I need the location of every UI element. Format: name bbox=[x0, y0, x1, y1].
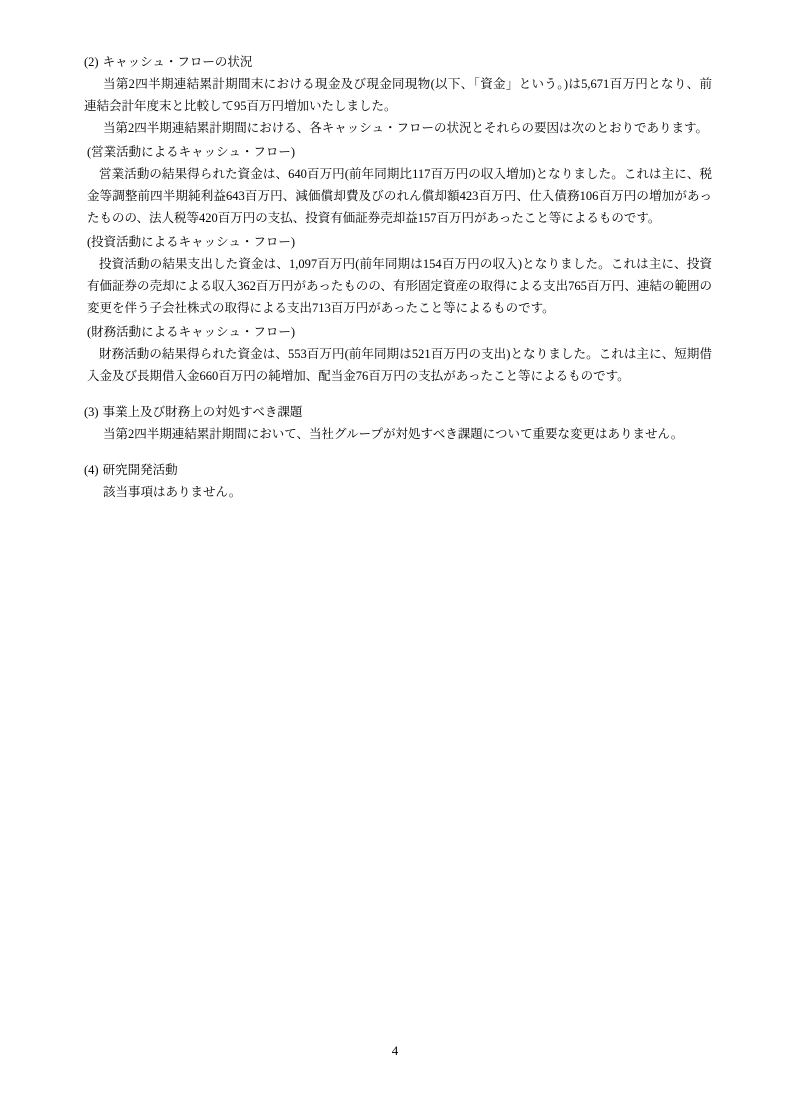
text-line: 連結会計年度末と比較して95百万円増加いたしました。 bbox=[84, 95, 712, 117]
text-line: 該当事項はありません。 bbox=[103, 481, 712, 503]
document-page: (2)キャッシュ・フローの状況当第2四半期連結累計期間末における現金及び現金同現… bbox=[0, 0, 790, 1118]
text-line: 投資活動の結果支出した資金は、1,097百万円(前年同期は154百万円の収入)と… bbox=[99, 253, 712, 275]
subsection-header: (財務活動によるキャッシュ・フロー) bbox=[87, 321, 712, 343]
text-line: 営業活動の結果得られた資金は、640百万円(前年同期比117百万円の収入増加)と… bbox=[99, 163, 712, 185]
document-content: (2)キャッシュ・フローの状況当第2四半期連結累計期間末における現金及び現金同現… bbox=[84, 51, 712, 503]
section-heading: (2)キャッシュ・フローの状況 bbox=[84, 51, 712, 73]
section-heading: (4)研究開発活動 bbox=[84, 459, 712, 481]
text-line: 当第2四半期連結累計期間における、各キャッシュ・フローの状況とそれらの要因は次の… bbox=[103, 117, 712, 139]
text-line: たものの、法人税等420百万円の支払、投資有価証券売却益157百万円があったこと… bbox=[87, 207, 712, 229]
page-number: 4 bbox=[0, 1042, 790, 1060]
section-title: キャッシュ・フローの状況 bbox=[103, 51, 253, 73]
text-line: 当第2四半期連結累計期間末における現金及び現金同現物(以下、「資金」という。)は… bbox=[103, 73, 712, 95]
section-number: (2) bbox=[84, 51, 99, 73]
text-line: 当第2四半期連結累計期間において、当社グループが対処すべき課題について重要な変更… bbox=[103, 423, 712, 445]
text-line: 変更を伴う子会社株式の取得による支出713百万円があったこと等によるものです。 bbox=[87, 297, 712, 319]
text-line: 財務活動の結果得られた資金は、553百万円(前年同期は521百万円の支出)となり… bbox=[99, 343, 712, 365]
section-heading: (3)事業上及び財務上の対処すべき課題 bbox=[84, 401, 712, 423]
text-line: 有価証券の売却による収入362百万円があったものの、有形固定資産の取得による支出… bbox=[87, 275, 712, 297]
section-number: (4) bbox=[84, 459, 99, 481]
subsection-header: (投資活動によるキャッシュ・フロー) bbox=[87, 231, 712, 253]
text-line: 入金及び長期借入金660百万円の純増加、配当金76百万円の支払があったこと等によ… bbox=[87, 365, 712, 387]
text-line: 金等調整前四半期純利益643百万円、減価償却費及びのれん償却額423百万円、仕入… bbox=[87, 185, 712, 207]
section-number: (3) bbox=[84, 401, 99, 423]
section-title: 研究開発活動 bbox=[103, 459, 178, 481]
section-title: 事業上及び財務上の対処すべき課題 bbox=[103, 401, 303, 423]
subsection-header: (営業活動によるキャッシュ・フロー) bbox=[87, 141, 712, 163]
